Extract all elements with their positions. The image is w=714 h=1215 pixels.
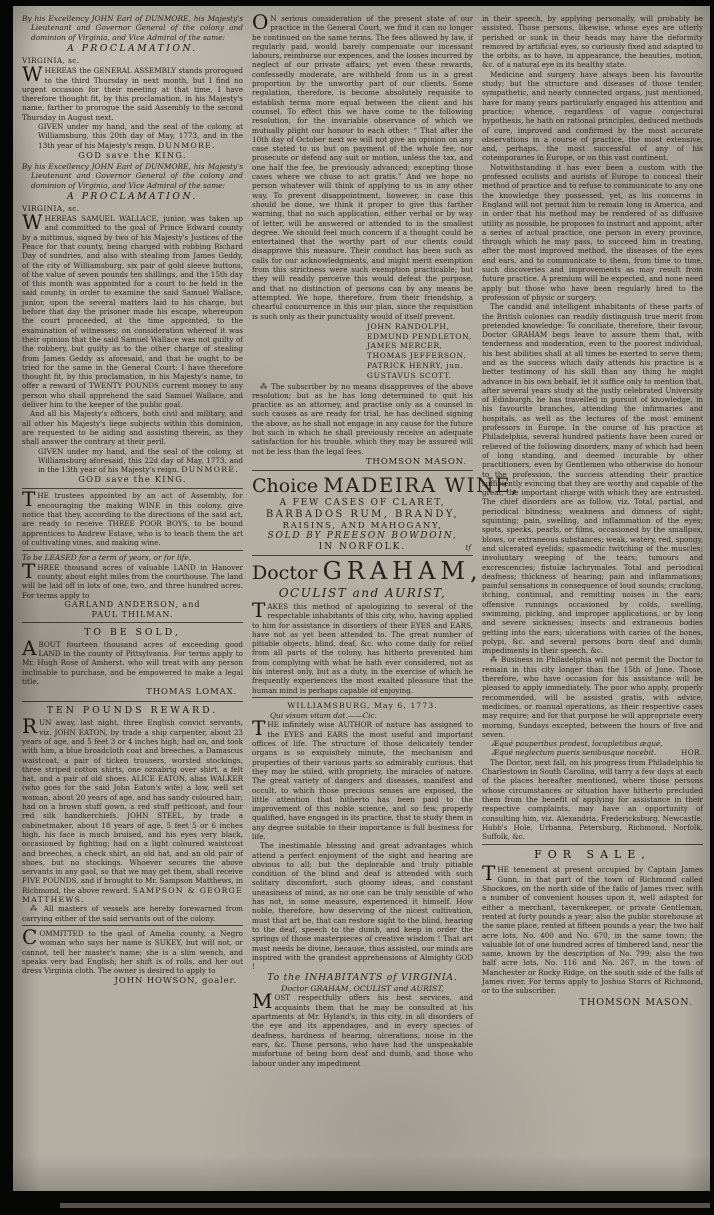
drop-cap: O [252,14,268,30]
proclamation-wallace: By his Excellency JOHN Earl of DUNMORE, … [22,162,243,486]
proclamation-assembly: By his Excellency JOHN Earl of DUNMORE, … [22,14,243,161]
dateline: WILLIAMSBURG, May 6, 1773. [252,701,473,711]
drop-cap: W [22,66,43,82]
proclamation-place: VIRGINIA, sc. [22,56,243,65]
section-heading: TO BE SOLD, [22,626,243,639]
graham-disorders: The candid and intelligent inhabitants o… [482,302,703,655]
graham-departure-note: ⁂ Business in Philadelphia will not perm… [482,655,703,739]
address-heading: To the INHABITANTS of VIRGINIA. [252,972,473,984]
mason-signature: THOMSON MASON. [482,997,693,1009]
proclamation-body-2: And all his Majesty's officers, both civ… [22,409,243,446]
proclamation-place: VIRGINIA, sc. [22,204,243,213]
graham-services: MOST respectfully offers his best servic… [252,993,473,1067]
drop-cap: R [22,718,37,734]
drop-cap: C [22,929,37,945]
committed-notice: COMMITTED to the gaol of Amelia county, … [22,929,243,987]
section-heading: TEN POUNDS REWARD. [22,704,243,717]
goaler-signature: JOHN HOWSON, goaler. [22,976,237,987]
advertiser-signature: THOMAS LOMAX. [22,687,237,698]
signer: THOMAS JEFFERSON, [367,351,473,361]
for-sale-body: THE tenement at present occupied by Capt… [482,865,703,995]
drop-cap: A [22,640,36,656]
doctor-graham-ad-continued: in their speech, by applying personally,… [482,14,703,841]
column-3: in their speech, by applying personally,… [482,14,703,1068]
tf-mark: tf [465,542,471,553]
signer: JAMES MERCER, [367,341,473,351]
graham-subtitle: OCULIST and AURIST, [252,586,473,601]
advertiser-signature: GARLAND ANDERSON, and [22,600,243,610]
lawyers-resolution: ON serious consideration of the present … [252,14,473,468]
graham-title: Doctor GRAHAM, [252,559,473,586]
drop-cap: M [252,993,272,1009]
masters-of-vessels-note: ⁂ All masters of vessels are hereby fore… [22,904,243,923]
wine-ad-title: Choice MADEIRA WINE, [252,474,473,498]
wine-ad-line: SOLD BY PREESON BOWDOIN, [252,531,473,542]
graham-essay-2: The inestimable blessing and great advan… [252,841,473,971]
signer: JOHN RANDOLPH, [367,322,473,332]
signature: DUNMORE. [158,141,216,150]
proclamation-given: GIVEN under my hand, and the seal of the… [38,122,243,150]
signer-list: JOHN RANDOLPH, EDMUND PENDLETON, JAMES M… [367,322,473,381]
runaway-reward-ad: TEN POUNDS REWARD. RUN away, last night,… [22,704,243,923]
column-1: By his Excellency JOHN Earl of DUNMORE, … [22,14,243,1068]
wine-ad-line: RAISINS, AND MAHOGANY, [252,521,473,531]
graham-essay: THE infinitely wise AUTHOR of nature has… [252,720,473,841]
graham-medicine-surgery: Medicine and surgery have always been hi… [482,70,703,163]
graham-method: Notwithstanding it has ever been a custo… [482,163,703,302]
subscriber-note: ⁂ The subscriber by no means disapproves… [252,382,473,456]
page-bottom-edge [60,1203,710,1208]
signer: GUSTAVUS SCOTT. [367,371,473,381]
section-heading: FOR SALE, [482,847,703,863]
signer: EDMUND PENDLETON, [367,332,473,342]
column-2: ON serious consideration of the present … [252,14,473,1068]
for-sale-ad: FOR SALE, THE tenement at present occupi… [482,847,703,1008]
advertiser-signature: PAUL THILMAN. [22,610,243,620]
section-divider [482,844,703,845]
graham-itinerary: The Doctor, next fall, on his progress f… [482,758,703,842]
drop-cap: T [252,720,265,736]
latin-motto: Qui visum vitam dat.——Cic. [270,711,473,721]
wine-trustees-notice: THE trustees appointed by an act of Asse… [22,491,243,547]
address-subheading: Doctor GRAHAM, OCULIST and AURIST, [252,984,473,994]
doctor-graham-ad: Doctor GRAHAM, OCULIST and AURIST, TAKES… [252,559,473,1068]
wine-ad-line: BARBADOS RUM, BRANDY, [252,509,473,521]
god-save-the-king: GOD save the KING. [22,474,243,485]
graham-apology: TAKES this method of apologizing to seve… [252,602,473,695]
committed-body: COMMITTED to the gaol of Amelia county, … [22,929,243,975]
section-divider [22,622,243,623]
land-lease-ad: To be LEASED for a term of years, or for… [22,553,243,620]
proclamation-intro: By his Excellency JOHN Earl of DUNMORE, … [22,162,243,190]
lease-body: THREE thousand acres of valuable LAND in… [22,563,243,600]
madeira-wine-ad: Choice MADEIRA WINE, A FEW CASES OF CLAR… [252,474,473,553]
proclamation-body: WHEREAS the GENERAL ASSEMBLY stands pror… [22,66,243,122]
wine-ad-line: A FEW CASES OF CLARET, [252,498,473,509]
drop-cap: T [252,602,265,618]
drop-cap: W [22,214,43,230]
drop-cap: T [22,563,35,579]
latin-quote-line: Æqué neglectum pueris senibusque nocebit… [492,748,703,757]
mason-signature: THOMSON MASON. [252,457,467,468]
signer: PATRICK HENRY, jun. [367,361,473,371]
section-divider [22,488,243,489]
newspaper-scan: { "c1": { "proc1": { "intro": "By his Ex… [0,0,714,1215]
proclamation-heading: A PROCLAMATION. [22,191,243,203]
notice-body: THE trustees appointed by an act of Asse… [22,491,243,547]
newspaper-page: By his Excellency JOHN Earl of DUNMORE, … [13,6,710,1191]
drop-cap: T [22,491,35,507]
to-be-sold-ad: TO BE SOLD, ABOUT fourteen thousand acre… [22,626,243,698]
graham-continuation: in their speech, by applying personally,… [482,14,703,70]
drop-cap: T [482,865,495,881]
reward-body: RUN away, last night, three English conv… [22,718,243,904]
resolution-body: ON serious consideration of the present … [252,14,473,321]
proclamation-heading: A PROCLAMATION. [22,43,243,55]
god-save-the-king: GOD save the KING. [22,150,243,161]
lease-lead: To be LEASED for a term of years, or for… [22,553,243,563]
section-divider [22,701,243,702]
latin-quote: Æqué pauperibus prodest, locupletibus æq… [492,739,703,748]
section-divider [22,925,243,926]
wine-ad-line: IN NORFOLK.tf [252,542,473,553]
horace-attribution: HOR. [681,748,703,757]
section-divider [22,550,243,551]
signature: DUNMORE. [181,465,239,474]
section-divider [252,470,473,471]
proclamation-intro: By his Excellency JOHN Earl of DUNMORE, … [22,14,243,42]
proclamation-body: WHEREAS SAMUEL WALLACE, junior, was take… [22,214,243,409]
section-divider [252,697,473,698]
sale-body: ABOUT fourteen thousand acres of exceedi… [22,640,243,686]
proclamation-given: GIVEN under my hand, and the seal of the… [38,447,243,475]
columns: By his Excellency JOHN Earl of DUNMORE, … [13,6,710,1068]
